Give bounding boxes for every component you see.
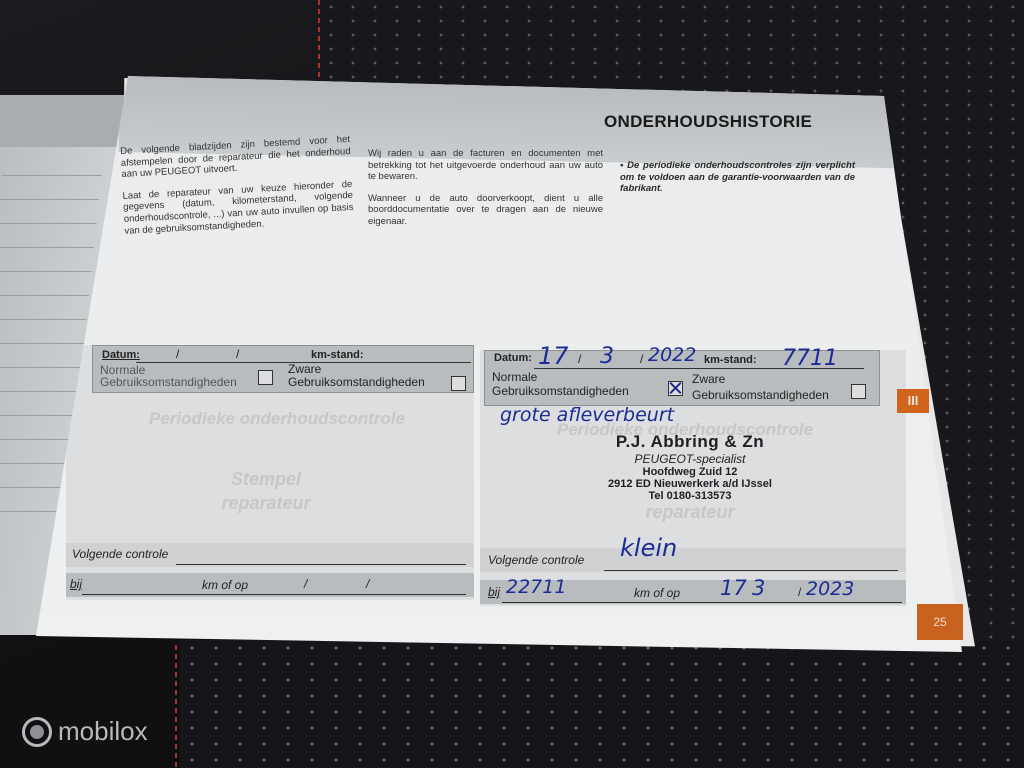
date-separator: / [176, 347, 179, 361]
intro-paragraph: Wanneer u de auto doorverkoopt, dient u … [368, 193, 603, 228]
handwritten-bij-km[interactable]: 22711 [506, 576, 566, 598]
handwritten-volgende[interactable]: klein [620, 534, 677, 562]
km-of-op-label: km of op [634, 586, 680, 600]
mobilox-watermark: mobilox [22, 716, 148, 747]
intro-left: De volgende bladzijden zijn bestemd voor… [120, 134, 355, 247]
normale-checkbox-checked[interactable] [668, 381, 683, 396]
stamp-placeholder: reparateur [610, 502, 770, 523]
bij-label: bij [488, 585, 500, 599]
handwritten-day[interactable]: 17 [538, 342, 569, 370]
km-of-op-label: km of op [202, 578, 248, 592]
stamp-city: 2912 ED Nieuwerkerk a/d IJssel [560, 478, 820, 490]
zware-label: Gebruiksomstandigheden [288, 375, 425, 389]
datum-line[interactable] [534, 368, 864, 369]
seat-stitching [318, 0, 320, 80]
normale-label: Gebruiksomstandigheden [100, 375, 237, 389]
normale-label: Normale [492, 370, 537, 384]
normale-checkbox[interactable] [258, 370, 273, 385]
intro-right: • De periodieke onderhoudscontroles zijn… [620, 160, 855, 195]
mobilox-logo-icon [22, 717, 52, 747]
intro-middle: Wij raden u aan de facturen en documente… [368, 148, 603, 238]
bij-label: bij [70, 577, 82, 591]
intro-paragraph: Laat de reparateur van uw keuze hieronde… [122, 179, 354, 237]
seat-fabric-bottom [180, 640, 1024, 768]
zware-checkbox[interactable] [851, 384, 866, 399]
stamp-placeholder: reparateur [186, 493, 346, 514]
stamp-address: Hoofdweg Zuid 12 [560, 466, 820, 478]
handwritten-op-month[interactable]: 3 [752, 576, 765, 600]
zware-label: Zware [692, 372, 725, 386]
date-separator: / [578, 352, 581, 366]
page-number: 25 [917, 604, 963, 640]
page-title: ONDERHOUDSHISTORIE [604, 112, 812, 132]
date-separator: / [640, 352, 643, 366]
stamp-phone: Tel 0180-313573 [560, 490, 820, 502]
zware-checkbox[interactable] [451, 376, 466, 391]
datum-label: Datum: [102, 349, 140, 361]
seat-stitching [175, 645, 177, 768]
watermark-title: Periodieke onderhoudscontrole [112, 409, 442, 429]
volgende-line[interactable] [604, 570, 898, 571]
handwritten-note[interactable]: grote afleverbeurt [500, 404, 674, 426]
handwritten-op-day[interactable]: 17 [720, 576, 747, 600]
bij-line[interactable] [82, 594, 466, 595]
stamp-specialty: PEUGEOT-specialist [560, 452, 820, 466]
maintenance-entry-filled: Datum: 17 / 3 / 2022 km-stand: 7711 Norm… [480, 350, 906, 606]
volgende-label: Volgende controle [72, 547, 168, 561]
repairer-stamp: P.J. Abbring & Zn PEUGEOT-specialist Hoo… [560, 432, 820, 502]
km-stand-label: km-stand: [311, 349, 364, 361]
normale-label: Gebruiksomstandigheden [492, 384, 629, 398]
datum-label: Datum: [494, 352, 532, 364]
volgende-label: Volgende controle [488, 553, 584, 567]
date-separator: / [798, 585, 801, 599]
section-tab: III [897, 389, 929, 413]
bij-line[interactable] [502, 602, 902, 603]
handwritten-month[interactable]: 3 [600, 344, 614, 369]
date-separator: / [236, 347, 239, 361]
handwritten-op-year[interactable]: 2023 [806, 578, 854, 600]
date-separator: / [304, 577, 307, 591]
zware-label: Zware [288, 362, 321, 376]
maintenance-entry-empty: Datum: / / km-stand: Normale Gebruiksoms… [66, 345, 474, 600]
stamp-company: P.J. Abbring & Zn [560, 432, 820, 452]
intro-paragraph: Wij raden u aan de facturen en documente… [368, 148, 603, 183]
handwritten-year[interactable]: 2022 [648, 344, 696, 366]
zware-label: Gebruiksomstandigheden [692, 388, 829, 402]
mobilox-brand-text: mobilox [58, 716, 148, 747]
date-separator: / [366, 577, 369, 591]
volgende-line[interactable] [176, 564, 466, 565]
stamp-placeholder: Stempel [186, 469, 346, 490]
km-stand-label: km-stand: [704, 354, 757, 366]
